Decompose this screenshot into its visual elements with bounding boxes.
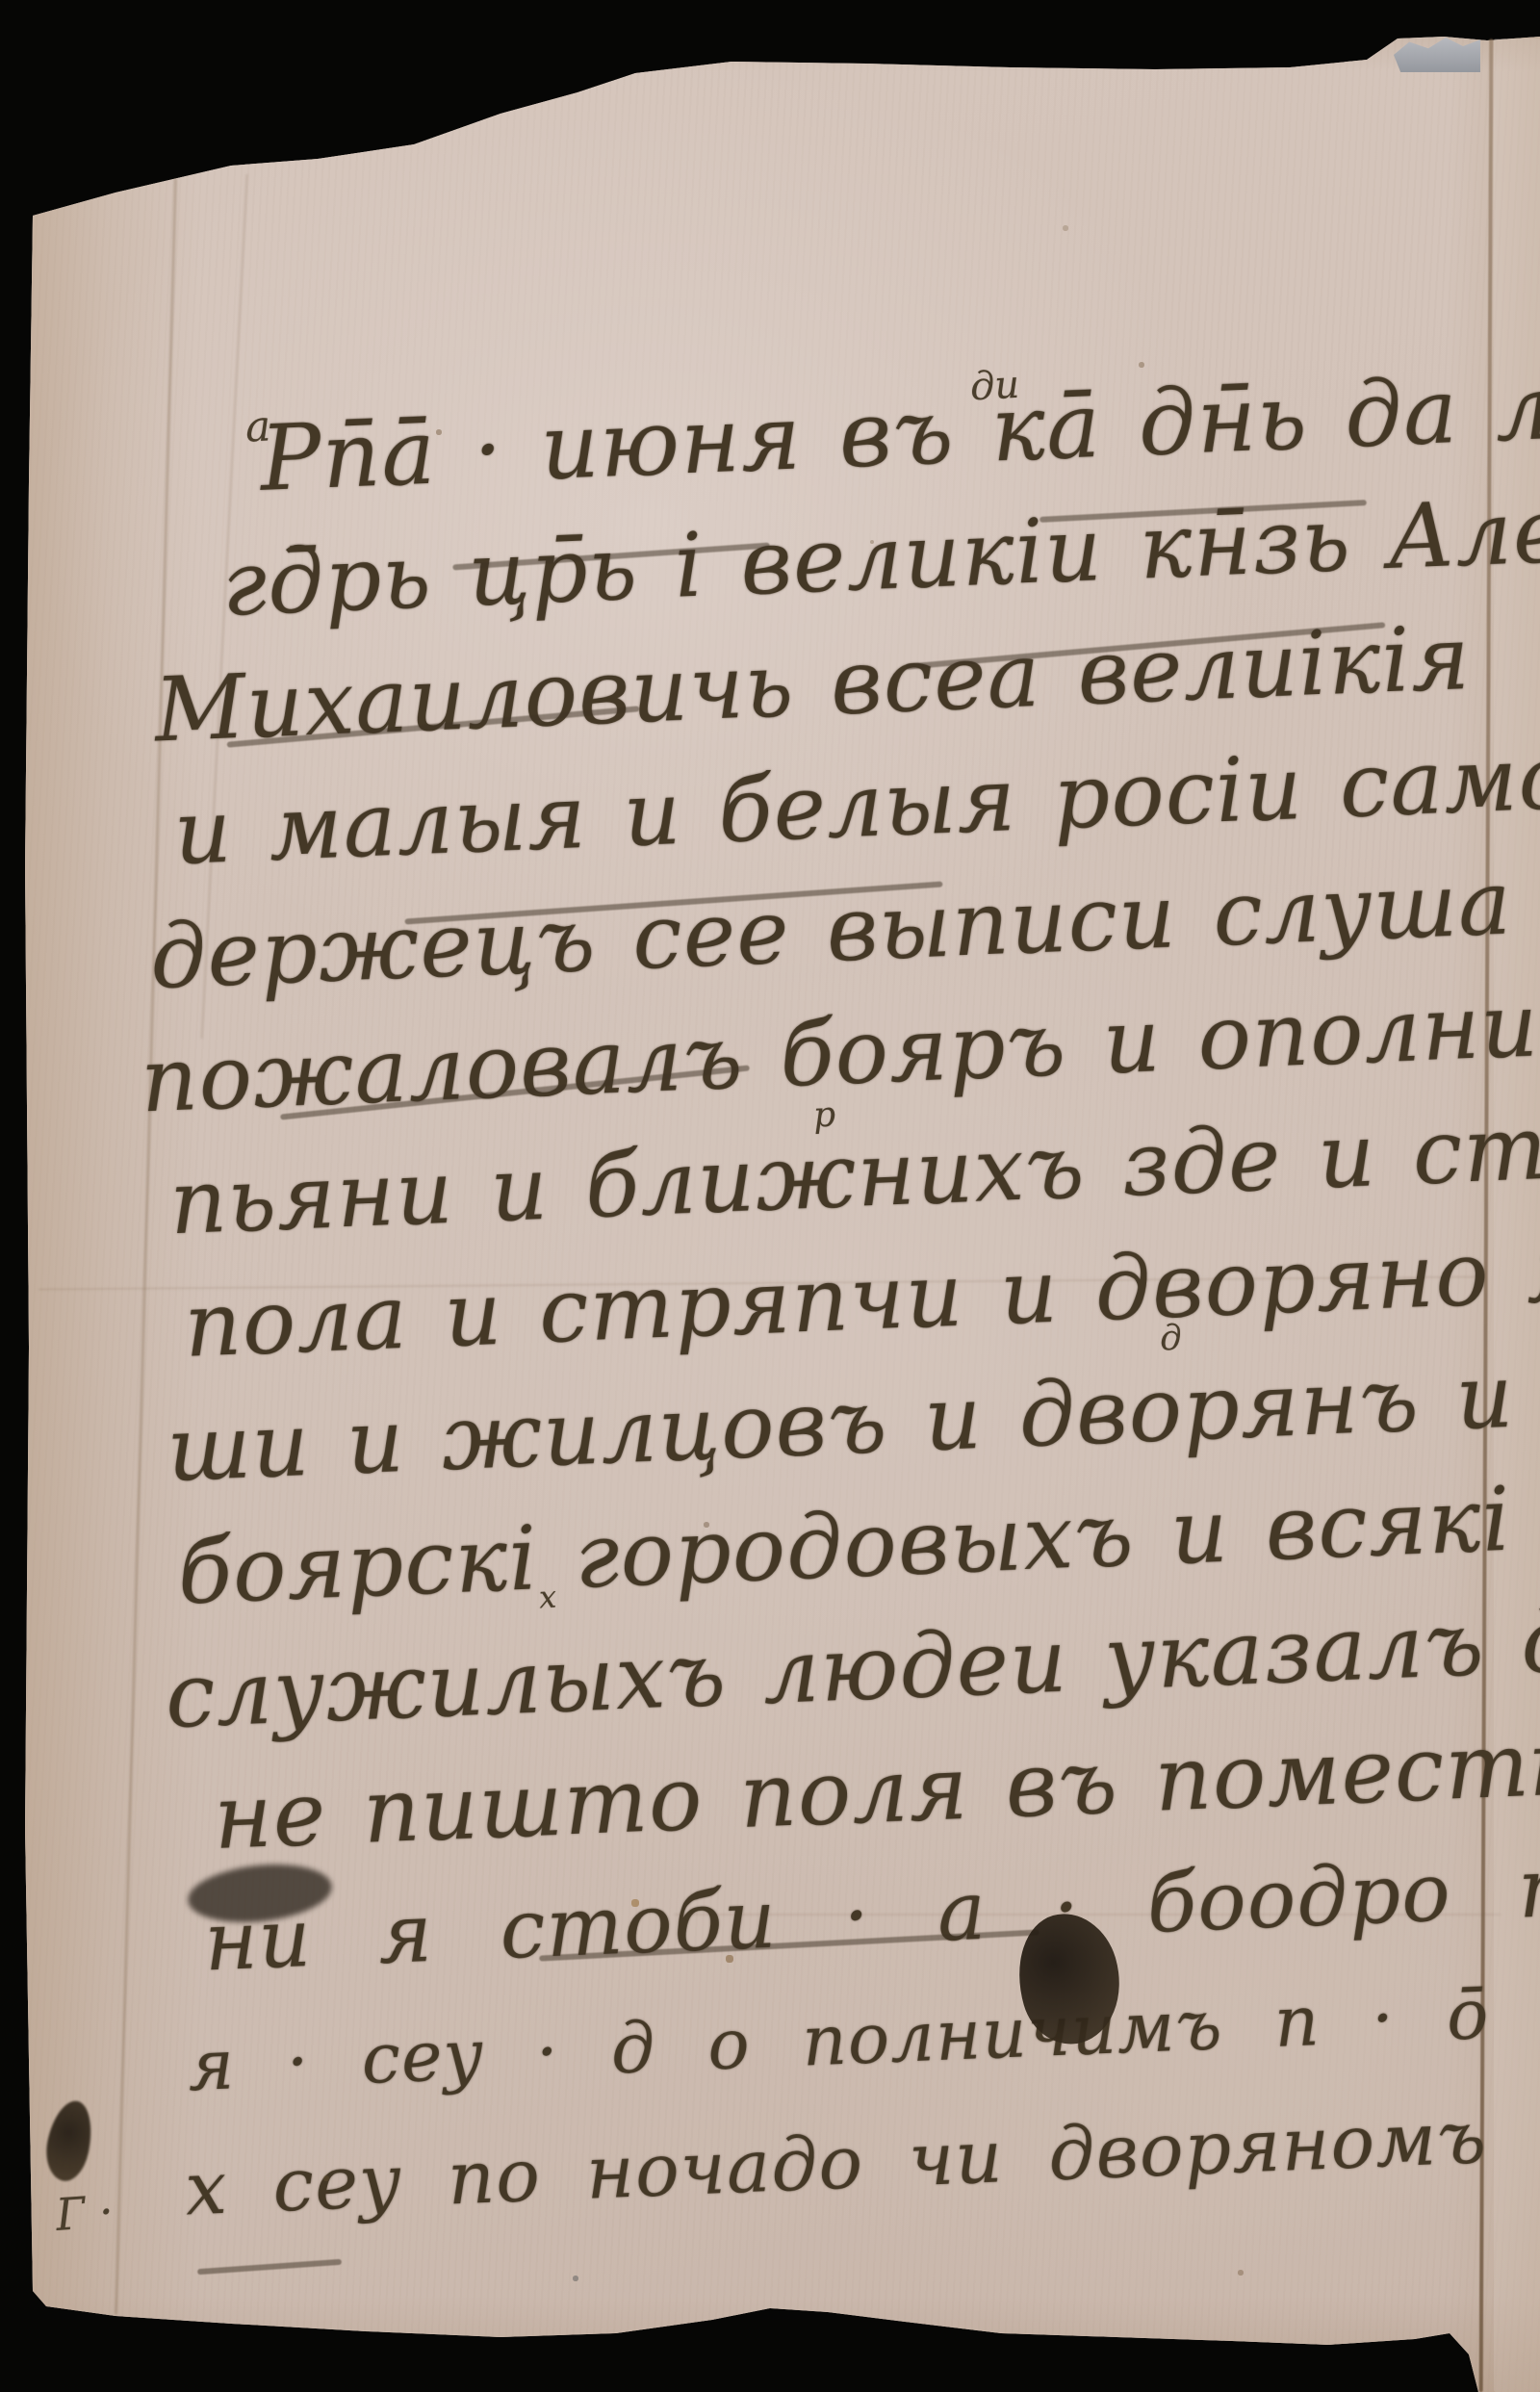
margin-corner-mark: Г · <box>54 2185 115 2241</box>
top-right-paper-fragment <box>1394 29 1480 72</box>
handwritten-text-block: Рп̄а̄ · июня въ ка̄ дн̄ь да линні гд̄рь … <box>114 349 1540 2251</box>
photograph-background: Рп̄а̄ · июня въ ка̄ дн̄ь да линні гд̄рь … <box>0 0 1540 2392</box>
paper-stain-specks <box>0 0 2 2</box>
superscript-mark: ди <box>969 363 1020 410</box>
superscript-mark: р <box>812 1094 836 1135</box>
superscript-mark: д <box>1159 1318 1183 1358</box>
superscript-mark: а <box>244 401 272 451</box>
superscript-mark: х <box>538 1579 557 1616</box>
